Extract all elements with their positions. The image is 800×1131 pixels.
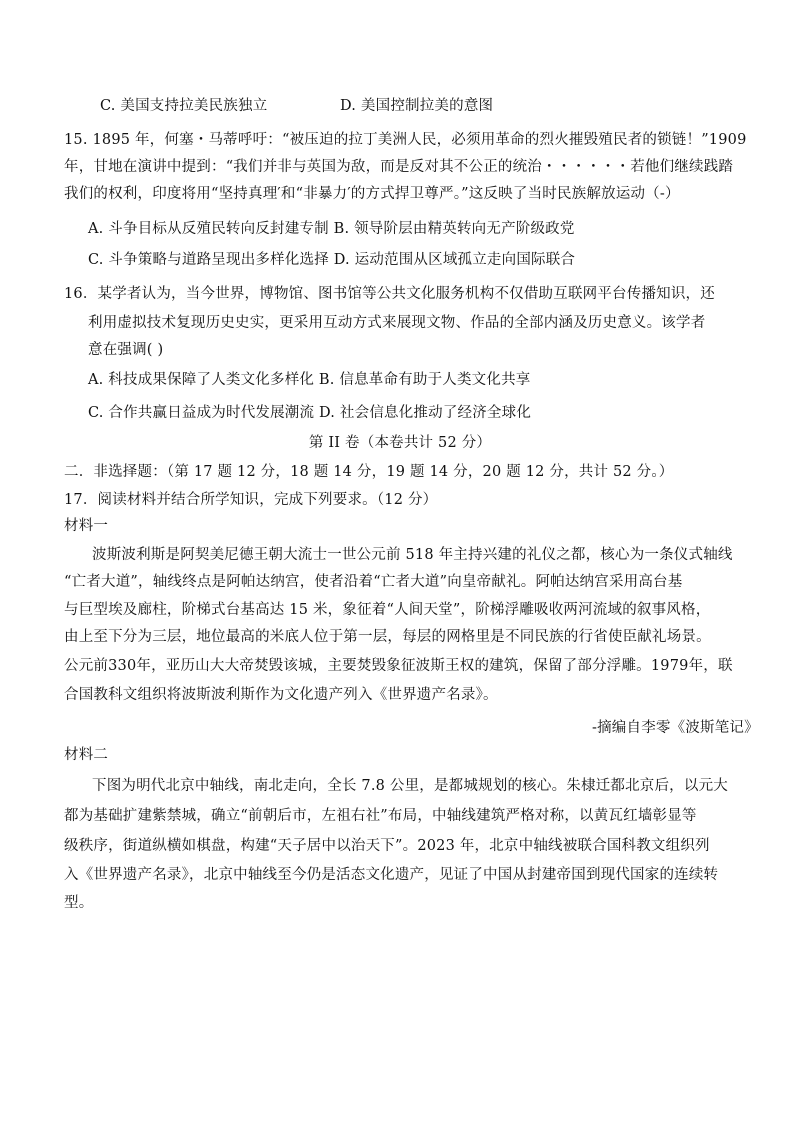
q15-stem-line-2: 年，甘地在演讲中提到：“我们并非与英国为敌，而是反对其不公正的统治・・・・・・若… (64, 157, 733, 177)
material1-label: 材料一 (64, 516, 108, 536)
material2-line-1: 下图为明代北京中轴线，南北走向，全长 7.8 公里，是都城规划的核心。朱棣迁都北… (92, 776, 728, 796)
q16-stem-line-2: 利用虚拟技术复现历史史实，更采用互动方式来展现文物、作品的全部内涵及历史意义。该… (88, 313, 705, 333)
material1-line-1: 波斯波利斯是阿契美尼德王朝大流士一世公元前 518 年主持兴建的礼仪之都，核心为… (92, 545, 733, 565)
material2-line-2: 都为基础扩建紫禁城，确立“前朝后市，左祖右社”布局，中轴线建筑严格对称，以黄瓦红… (64, 806, 697, 826)
q14-option-d: D. 美国控制拉美的意图 (340, 96, 493, 116)
material2-line-5: 型。 (64, 893, 93, 913)
part2-title: 第 II 卷（本卷共计 52 分） (0, 433, 800, 453)
material2-line-4: 入《世界遗产名录》，北京中轴线至今仍是活态文化遗产，见证了中国从封建帝国到现代国… (64, 865, 718, 885)
q15-stem-line-3: 我们的权利，印度将用“坚持真理′和“非暴力′的方式捍卫尊严。”这反映了当时民族解… (64, 184, 680, 204)
q15-stem-line-1: 15. 1895 年，何塞・马蒂呼吁：“被压迫的拉丁美洲人民，必须用革命的烈火摧… (64, 130, 747, 150)
q15-options-cd: C. 斗争策略与道路呈现出多样化选择 D. 运动范围从区域孤立走向国际联合 (88, 250, 575, 270)
q14-option-c: C. 美国支持拉美民族独立 (100, 96, 267, 116)
material1-line-6: 合国教科文组织将波斯波利斯作为文化遗产列入《世界遗产名录》。 (64, 685, 498, 705)
material1-line-2: “亡者大道”，轴线终点是阿帕达纳宫，使者沿着“亡者大道”向皇帝献礼。阿帕达纳宫采… (64, 572, 682, 592)
material1-line-3: 与巨型埃及廊柱，阶梯式台基高达 15 米，象征着“人间天堂”，阶梯浮雕吸收两河流… (64, 600, 710, 620)
material1-source: -摘编自李零《波斯笔记》 (592, 718, 759, 738)
material2-label: 材料二 (64, 745, 108, 765)
q15-options-ab: A. 斗争目标从反殖民转向反封建专制 B. 领导阶层由精英转向无产阶级政党 (88, 219, 575, 239)
material1-line-4: 由上至下分为三层，地位最高的米底人位于第一层，每层的网格里是不同民族的行省使臣献… (64, 627, 711, 647)
q16-options-cd: C. 合作共赢日益成为时代发展潮流 D. 社会信息化推动了经济全球化 (88, 403, 531, 423)
material2-line-3: 级秩序，街道纵横如棋盘，构建“天子居中以治天下”。2023 年，北京中轴线被联合… (64, 836, 710, 856)
q17-stem: 17．阅读材料并结合所学知识，完成下列要求。（12 分） (64, 490, 437, 510)
q16-stem-line-1: 16．某学者认为，当今世界，博物馆、图书馆等公共文化服务机构不仅借助互联网平台传… (64, 284, 715, 304)
q16-options-ab: A. 科技成果保障了人类文化多样化 B. 信息革命有助于人类文化共享 (88, 370, 530, 390)
part2-section-heading: 二．非选择题：（第 17 题 12 分，18 题 14 分，19 题 14 分，… (64, 462, 674, 482)
material1-line-5: 公元前330年，亚历山大大帝焚毁该城，主要焚毁象征波斯王权的建筑，保留了部分浮雕… (64, 656, 733, 676)
q16-stem-line-3: 意在强调( ) (88, 340, 163, 360)
